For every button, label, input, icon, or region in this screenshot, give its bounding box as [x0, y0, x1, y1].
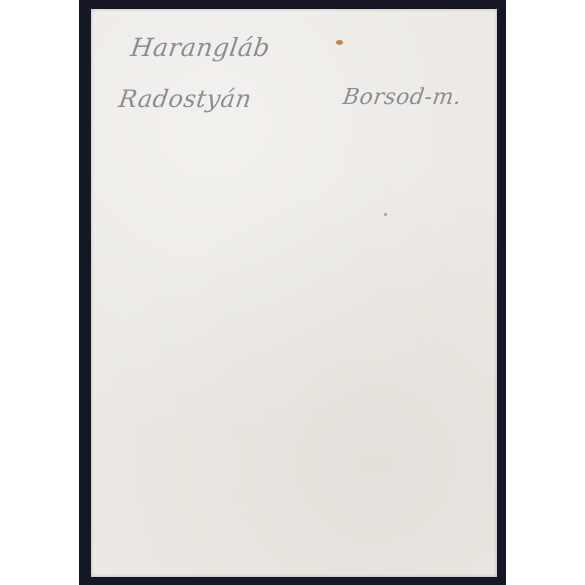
handwritten-place: Radostyán [117, 85, 253, 113]
handwritten-county: Borsod-m. [341, 85, 463, 110]
handwritten-title: Harangláb [129, 33, 272, 62]
ink-speck [384, 213, 387, 216]
rust-stain-spot [336, 40, 343, 45]
photo-back-paper: Harangláb Radostyán Borsod-m. [91, 9, 497, 577]
